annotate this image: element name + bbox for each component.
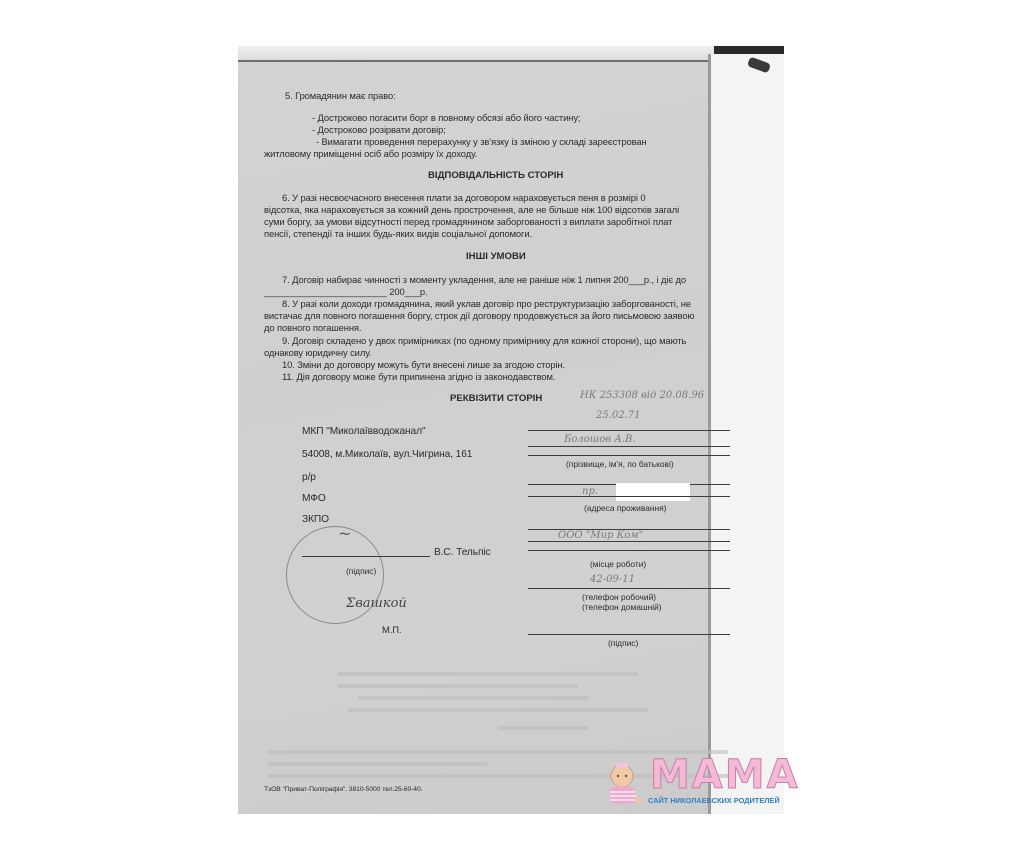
clause-7-line: ________________________ 200___р. [264, 286, 428, 297]
handwritten-phone: 42-09-11 [590, 574, 635, 585]
workplace-caption: (місце роботи) [590, 559, 646, 569]
field-line [528, 496, 730, 497]
client-signature-caption: (підпис) [608, 638, 638, 648]
contract-page: 5. Громадянин має право: - Достроково по… [238, 60, 728, 814]
clause-7-line: 7. Договір набирає чинності з моменту ук… [282, 274, 686, 285]
field-line [528, 541, 730, 542]
redaction-box [616, 483, 690, 501]
field-line [528, 550, 730, 551]
field-line [528, 430, 730, 431]
clause-9-line: однакову юридичну силу. [264, 347, 371, 358]
address-caption: (адреса проживання) [584, 503, 666, 513]
mfo-label: МФО [302, 493, 326, 504]
field-line [528, 588, 730, 589]
name-caption: (прізвище, ім'я, по батькові) [566, 459, 674, 469]
clause-6-line: 6. У разі несвоєчасного внесення плати з… [282, 192, 645, 203]
clause-10-line: 10. Зміни до договору можуть бути внесен… [282, 359, 565, 370]
bleed-through-text [348, 708, 648, 712]
clause-11-line: 11. Дія договору може бути припинена згі… [282, 371, 555, 382]
handwritten-workplace: ООО "Мир Ком" [558, 530, 643, 541]
handwritten-name: Болошов А.В. [564, 434, 636, 445]
clause-8-line: вистачає для повного погашення боргу, ст… [264, 310, 694, 321]
printer-footer: ТзОВ "Приват-Поліграфія". 3810-5000 тел.… [264, 786, 422, 793]
bleed-through-text [358, 696, 588, 700]
phone-work-caption: (телефон робочий) [582, 592, 656, 602]
clause-8-line: 8. У разі коли доходи громадянина, який … [282, 298, 691, 309]
doll-icon [604, 762, 644, 806]
zkpo-label: ЗКПО [302, 514, 329, 525]
clause-5-item: - Вимагати проведення перерахунку у зв'я… [316, 136, 647, 147]
clause-5-title: 5. Громадянин має право: [285, 90, 396, 101]
mama-logo-title: МАМА [650, 752, 800, 798]
seal-caption: М.П. [382, 624, 401, 635]
section-heading-other: ІНШІ УМОВИ [466, 251, 526, 262]
clause-8-line: до повного погашення. [264, 322, 361, 333]
mama-watermark-logo: МАМА САЙТ НИКОЛАЕВСКИХ РОДИТЕЛЕЙ [604, 756, 784, 810]
bleed-through-text [268, 762, 488, 766]
bleed-through-text [338, 672, 638, 676]
section-heading-requisites: РЕКВІЗИТИ СТОРІН [450, 393, 542, 404]
field-line [528, 634, 730, 635]
company-address: 54008, м.Миколаїв, вул.Чигрина, 161 [302, 449, 472, 460]
clause-9-line: 9. Договір складено у двох примірниках (… [282, 335, 686, 346]
signer-name: В.С. Тельпіс [434, 547, 491, 558]
scanned-document: 5. Громадянин має право: - Достроково по… [238, 46, 784, 814]
field-line [528, 455, 730, 456]
section-heading-liability: ВІДПОВІДАЛЬНІСТЬ СТОРІН [428, 170, 563, 181]
clause-6-line: суми боргу, за умови відсутності перед г… [264, 216, 672, 227]
clause-5-item: житловому приміщенні осіб або розміру їх… [264, 148, 477, 159]
company-name: МКП "Миколаївводоканал" [302, 426, 425, 437]
field-line [528, 446, 730, 447]
handwritten-passport: НК 253308 від 20.08.96 [580, 390, 704, 401]
bleed-through-text [338, 684, 578, 688]
account-label: р/р [302, 472, 316, 483]
clause-5-item: - Достроково погасити борг в повному обс… [312, 112, 580, 123]
clause-6-line: пенсії, степендії та інших будь-яких вид… [264, 228, 532, 239]
clause-6-line: відсотка, яка нараховується за кожний де… [264, 204, 679, 215]
bleed-through-text [498, 726, 588, 730]
company-signature: ~ [338, 524, 351, 543]
mama-logo-subtitle: САЙТ НИКОЛАЕВСКИХ РОДИТЕЛЕЙ [648, 796, 780, 805]
clause-5-item: - Достроково розірвати договір; [312, 124, 446, 135]
phone-home-caption: (телефон домашній) [582, 602, 662, 612]
signature-caption: (підпис) [346, 566, 376, 576]
handwritten-birthdate: 25.02.71 [596, 410, 641, 421]
director-signature: Ʃвашкой [346, 596, 407, 611]
signature-line [302, 556, 430, 557]
